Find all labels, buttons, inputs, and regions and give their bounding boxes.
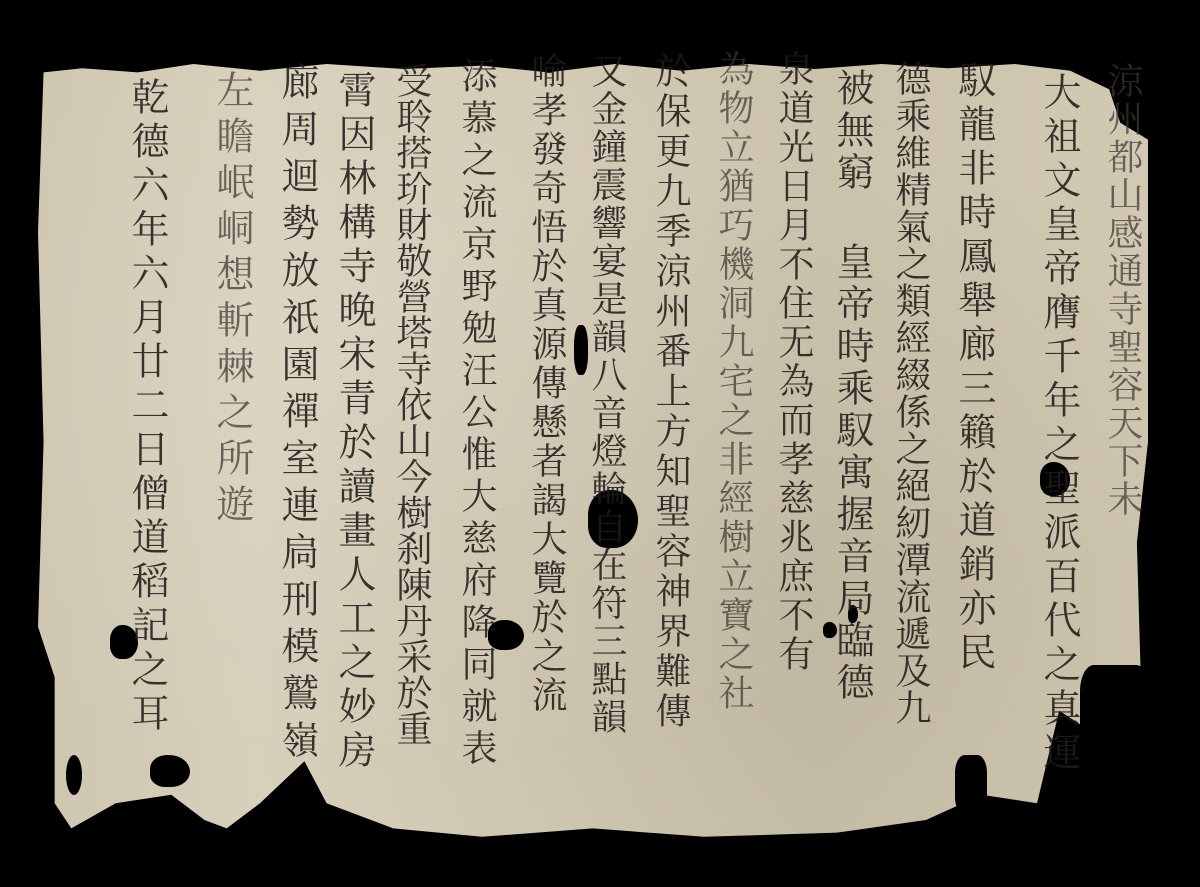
text-column: 又金鐘震響宴是韻八音燈輪自在符三點韻 xyxy=(588,52,624,736)
text-column: 霄因林構寺晚宋青於讀畫人工之妙房 xyxy=(335,70,373,774)
text-column: 乾德六年六月廿二日僧道稻記之耳 xyxy=(128,77,166,737)
text-column: 馭龍非時鳳舉廊三籟於道銷亦民 xyxy=(955,60,993,676)
text-column: 大祖文皇帝膺千年之聖派百代之真運 xyxy=(1040,72,1078,776)
text-column: 為物立猶巧機洞九宅之非經樹立寶之社 xyxy=(715,50,751,713)
text-column: 涼州都山感通寺聖容天下未 xyxy=(1104,62,1140,518)
text-column: 添慕之流京野勉汪公惟大慈府降同就表 xyxy=(458,57,494,771)
text-column: 受聆搭玠財敬營塔寺依山今樹刹陳丹采於重 xyxy=(393,62,429,746)
text-column: 左瞻岷峒想斬棘之所遊 xyxy=(213,70,251,530)
text-column: 被無窮 皇帝時乘馭寓握音局臨德 xyxy=(833,68,871,704)
text-column: 泉道光日月不住无為而孝慈兆庶不有 xyxy=(775,50,811,674)
text-column: 德乘維精氣之類經綴係之絕紉潭流遞及九 xyxy=(892,60,928,726)
text-column: 於保更九季涼州番上方知聖容神界難傳 xyxy=(652,52,688,732)
text-column: 廊周迴勢放祇園禪室連扃刑模鷲嶺 xyxy=(278,62,316,767)
text-column: 喻孝發奇悟於真源傳懸者謁大覽於之流 xyxy=(528,52,564,715)
manuscript-text: 涼州都山感通寺聖容天下未 大祖文皇帝膺千年之聖派百代之真運 馭龍非時鳳舉廊三籟於… xyxy=(38,22,1148,862)
